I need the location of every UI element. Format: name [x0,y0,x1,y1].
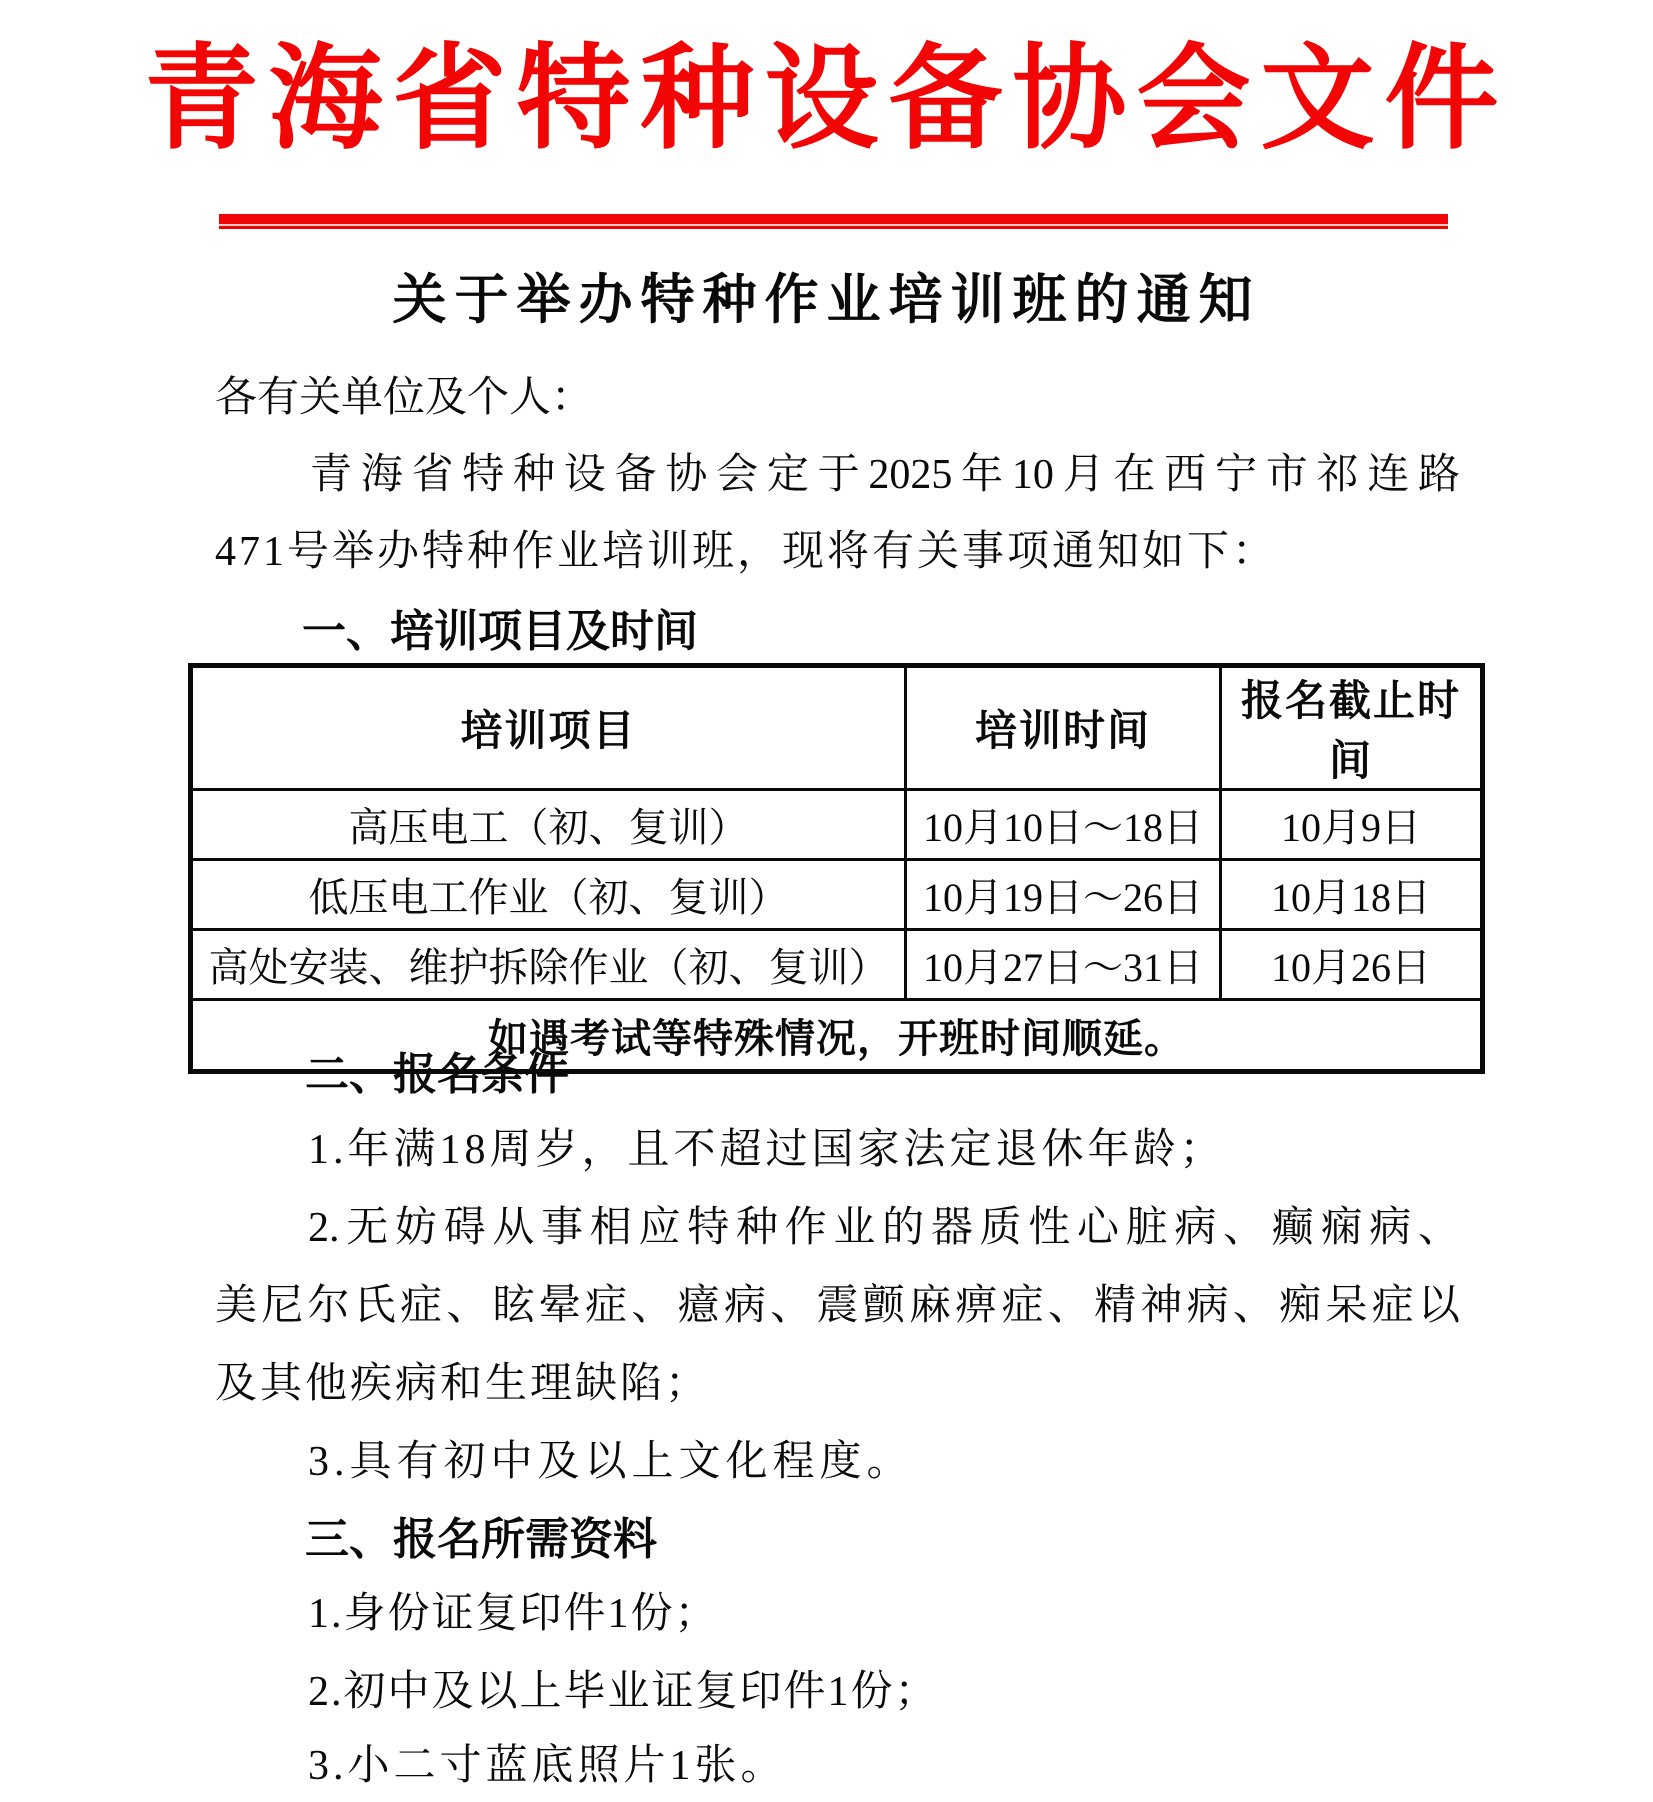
salutation: 各有关单位及个人： [215,370,593,426]
letterhead-rule-thick [219,214,1448,224]
letterhead-rule-thin [219,226,1448,229]
cell-deadline: 10月18日 [1221,860,1483,930]
cell-project: 低压电工作业（初、复训） [191,860,906,930]
cell-time: 10月10日～18日 [906,790,1221,860]
cell-project: 高压电工（初、复训） [191,790,906,860]
training-schedule-table: 培训项目 培训时间 报名截止时间 高压电工（初、复训） 10月10日～18日 1… [188,663,1485,1074]
table-row: 低压电工作业（初、复训） 10月19日～26日 10月18日 [191,860,1483,930]
letterhead-title: 青海省特种设备协会文件 [0,34,1653,166]
letterhead-rule [219,214,1448,229]
cell-deadline: 10月9日 [1221,790,1483,860]
section1-heading: 一、培训项目及时间 [302,604,698,660]
table-header-row: 培训项目 培训时间 报名截止时间 [191,666,1483,790]
list-item: 3.具有初中及以上文化程度。 [308,1434,914,1490]
col-header-project: 培训项目 [191,666,906,790]
table-row: 高处安装、维护拆除作业（初、复训） 10月27日～31日 10月26日 [191,930,1483,1000]
col-header-deadline: 报名截止时间 [1221,666,1483,790]
cell-time: 10月19日～26日 [906,860,1221,930]
list-item: 1.身份证复印件1份； [308,1586,719,1642]
section2-heading: 二、报名条件 [305,1047,569,1103]
cell-time: 10月27日～31日 [906,930,1221,1000]
col-header-time: 培训时间 [906,666,1221,790]
intro-line-2: 471号举办特种作业培训班，现将有关事项通知如下： [215,524,1277,580]
list-item: 3.小二寸蓝底照片1张。 [308,1738,787,1794]
list-item-continuation: 及其他疾病和生理缺陷； [215,1356,710,1412]
cell-project: 高处安装、维护拆除作业（初、复训） [191,930,906,1000]
notice-title: 关于举办特种作业培训班的通知 [0,270,1653,330]
list-item-continuation: 美尼尔氏症、眩晕症、癔病、震颤麻痹症、精神病、痴呆症以 [215,1278,1460,1334]
table-row: 高压电工（初、复训） 10月10日～18日 10月9日 [191,790,1483,860]
list-item: 1.年满18周岁，且不超过国家法定退休年龄； [308,1122,1226,1178]
section3-heading: 三、报名所需资料 [305,1512,657,1568]
cell-deadline: 10月26日 [1221,930,1483,1000]
list-item: 2.初中及以上毕业证复印件1份； [308,1664,939,1720]
document-page: 青海省特种设备协会文件 关于举办特种作业培训班的通知 各有关单位及个人： 青海省… [0,0,1653,1802]
list-item: 2.无妨碍从事相应特种作业的器质性心脏病、癫痫病、 [308,1200,1460,1256]
intro-line-1: 青海省特种设备协会定于2025年10月在西宁市祁连路 [310,447,1460,503]
